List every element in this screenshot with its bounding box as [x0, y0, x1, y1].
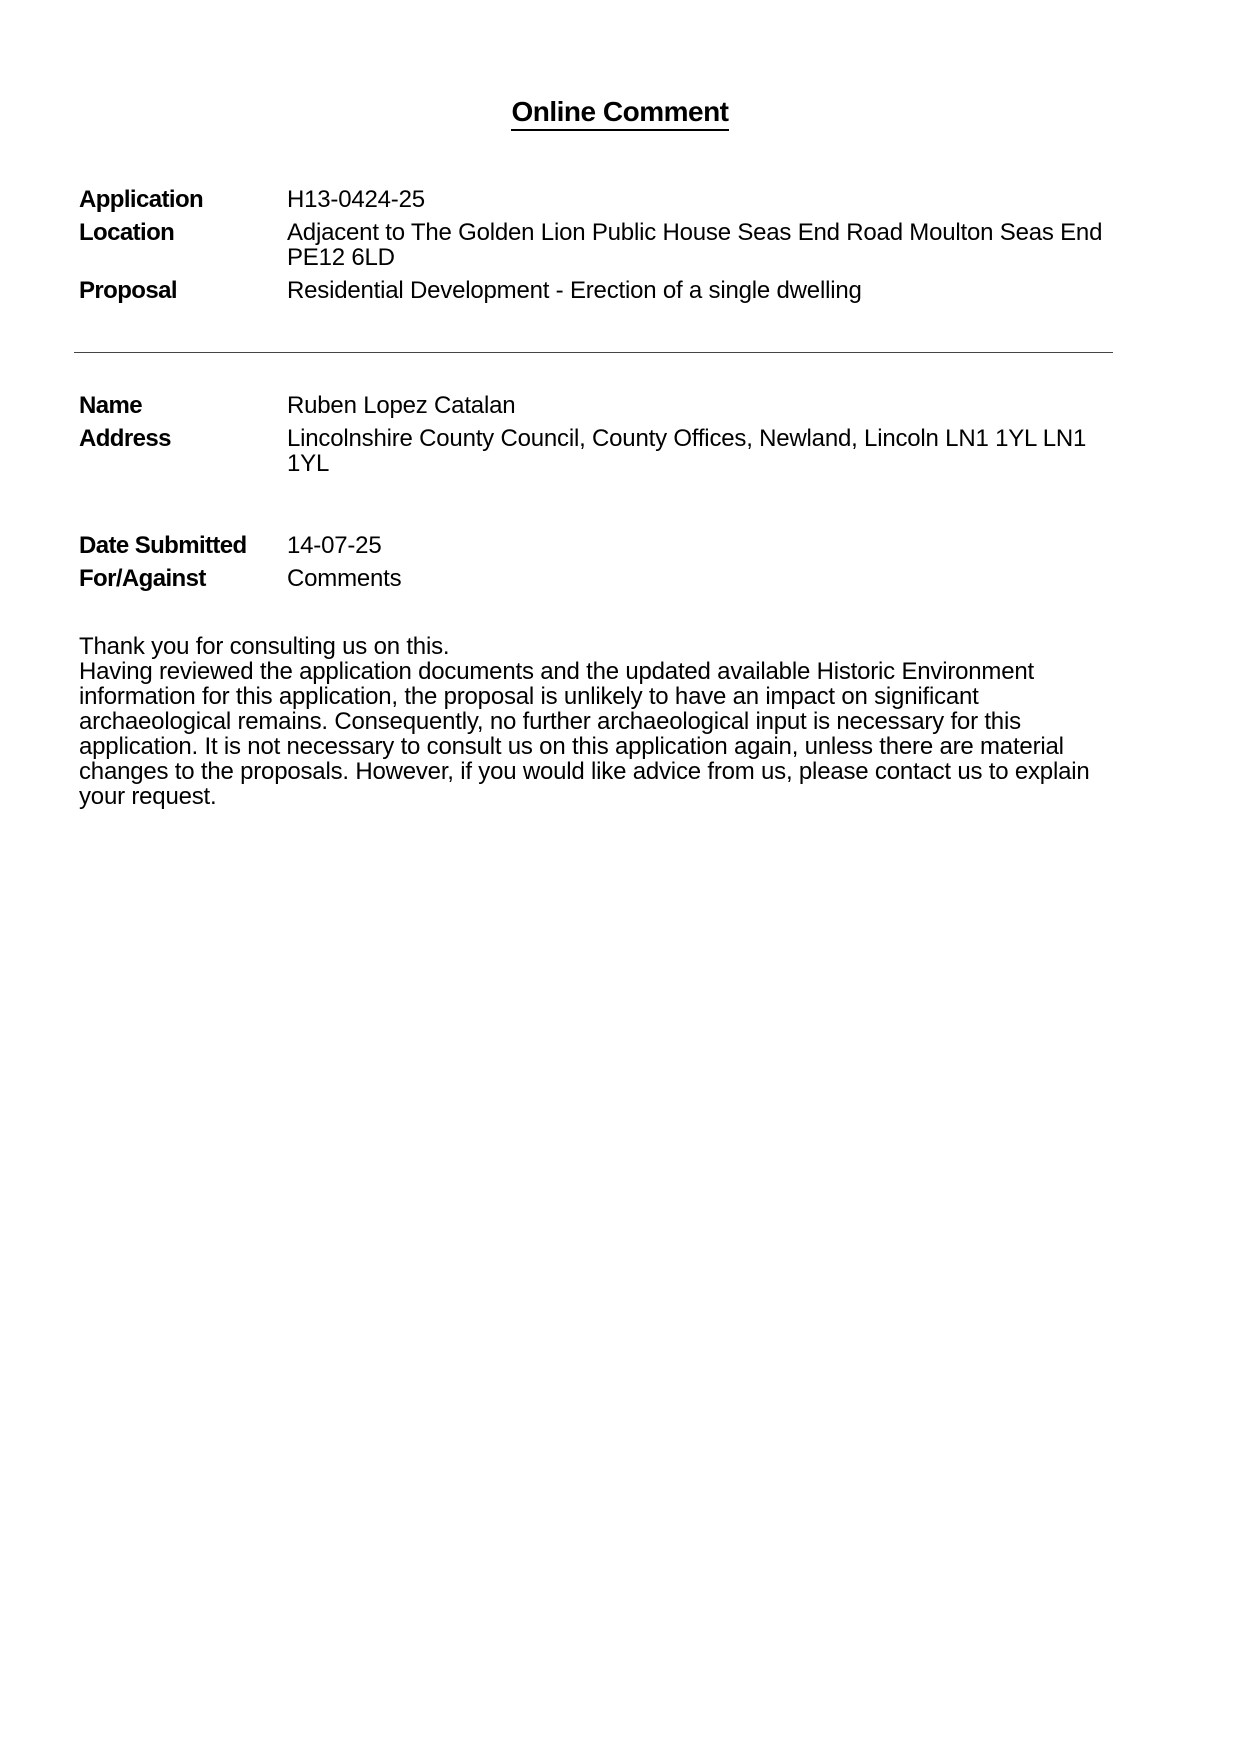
section-divider [74, 352, 1113, 353]
field-application: Application H13-0424-25 [79, 187, 1119, 212]
comment-paragraph: Having reviewed the application document… [79, 659, 1119, 809]
field-address: Address Lincolnshire County Council, Cou… [79, 426, 1119, 476]
field-label: Location [79, 220, 287, 270]
title-container: Online Comment [0, 96, 1240, 131]
document-title: Online Comment [511, 96, 728, 131]
field-label: Name [79, 393, 287, 418]
field-label: Proposal [79, 278, 287, 303]
commenter-name: Ruben Lopez Catalan [287, 393, 1107, 418]
proposal-value: Residential Development - Erection of a … [287, 278, 1107, 303]
field-for-against: For/Against Comments [79, 566, 1119, 591]
field-proposal: Proposal Residential Development - Erect… [79, 278, 1119, 303]
commenter-address: Lincolnshire County Council, County Offi… [287, 426, 1107, 476]
date-submitted-value: 14-07-25 [287, 533, 1107, 558]
comment-paragraph: Thank you for consulting us on this. [79, 634, 1119, 659]
field-label: Application [79, 187, 287, 212]
for-against-value: Comments [287, 566, 1107, 591]
field-label: Date Submitted [79, 533, 287, 558]
field-name: Name Ruben Lopez Catalan [79, 393, 1119, 418]
location-value: Adjacent to The Golden Lion Public House… [287, 220, 1107, 270]
comment-body: Thank you for consulting us on this. Hav… [79, 634, 1119, 809]
field-label: For/Against [79, 566, 287, 591]
application-number: H13-0424-25 [287, 187, 1107, 212]
field-date-submitted: Date Submitted 14-07-25 [79, 533, 1119, 558]
field-location: Location Adjacent to The Golden Lion Pub… [79, 220, 1119, 270]
document-page: Online Comment Application H13-0424-25 L… [0, 0, 1240, 1755]
field-label: Address [79, 426, 287, 476]
